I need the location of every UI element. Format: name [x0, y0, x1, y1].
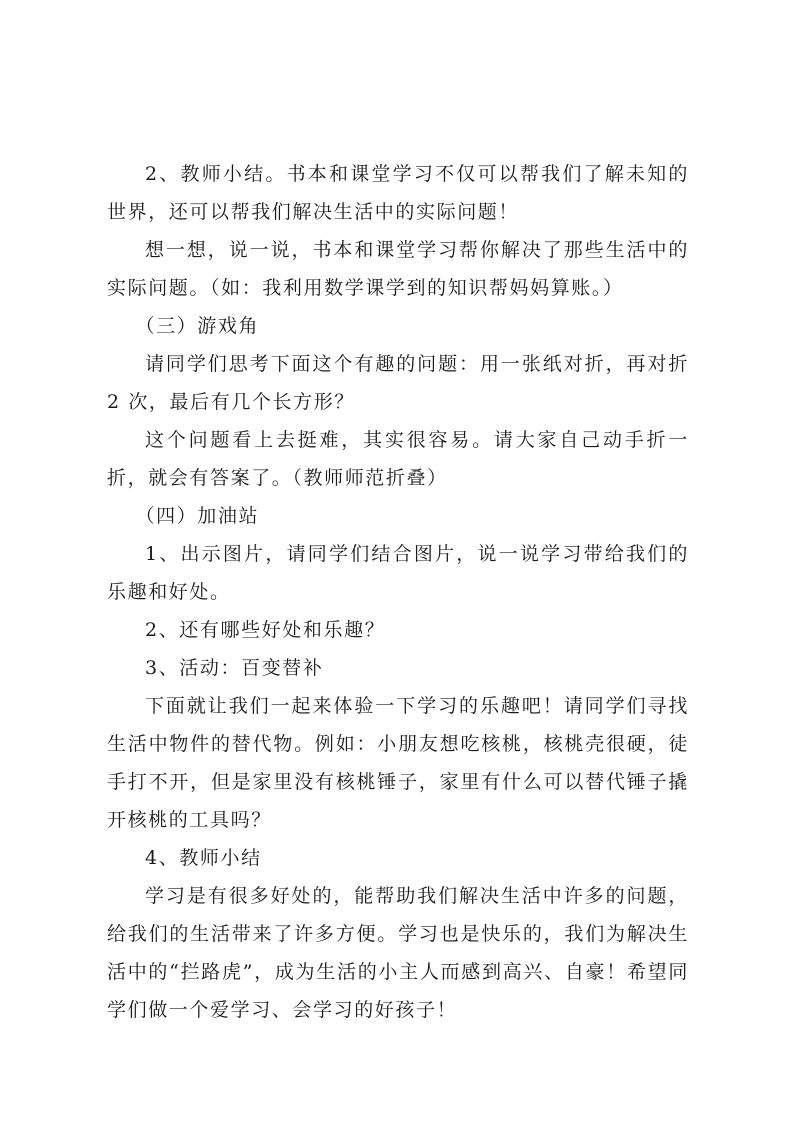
paragraph-teacher-summary: 2、教师小结。书本和课堂学习不仅可以帮我们了解未知的世界，还可以帮我们解决生活中…: [107, 155, 689, 231]
paragraph-activity: 3、活动：百变替补: [107, 649, 689, 687]
paragraph-other-benefits: 2、还有哪些好处和乐趣？: [107, 611, 689, 649]
paragraph-show-pictures: 1、出示图片，请同学们结合图片，说一说学习带给我们的乐趣和好处。: [107, 535, 689, 611]
document-page: 2、教师小结。书本和课堂学习不仅可以帮我们了解未知的世界，还可以帮我们解决生活中…: [107, 155, 689, 1029]
paragraph-teacher-summary-2: 4、教师小结: [107, 839, 689, 877]
section-heading-refuel-station: （四）加油站: [107, 497, 689, 535]
paragraph-substitute-example: 下面就让我们一起来体验一下学习的乐趣吧！请同学们寻找生活中物件的替代物。例如：小…: [107, 687, 689, 839]
section-heading-game-corner: （三）游戏角: [107, 307, 689, 345]
paragraph-folding-answer: 这个问题看上去挺难，其实很容易。请大家自己动手折一折，就会有答案了。（教师师范折…: [107, 421, 689, 497]
paragraph-conclusion: 学习是有很多好处的，能帮助我们解决生活中许多的问题，给我们的生活带来了许多方便。…: [107, 877, 689, 1029]
paragraph-folding-question: 请同学们思考下面这个有趣的问题：用一张纸对折，再对折 2 次，最后有几个长方形？: [107, 345, 689, 421]
paragraph-think-and-say: 想一想，说一说，书本和课堂学习帮你解决了那些生活中的实际问题。（如：我利用数学课…: [107, 231, 689, 307]
